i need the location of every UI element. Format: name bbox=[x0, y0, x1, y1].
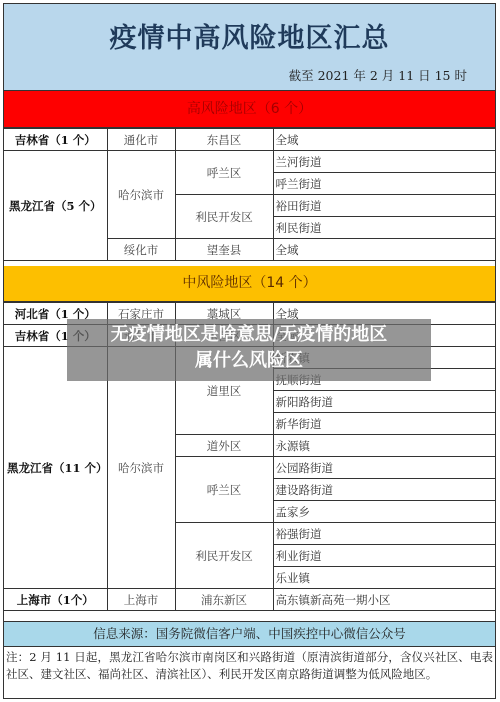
table-row: 黑龙江省（5 个） 哈尔滨市 呼兰区 兰河街道 bbox=[4, 151, 495, 173]
area-cell: 呼兰街道 bbox=[273, 173, 495, 195]
area-cell: 利民街道 bbox=[273, 217, 495, 239]
district-cell: 呼兰区 bbox=[175, 151, 273, 195]
province-cell: 黑龙江省（11 个） bbox=[4, 347, 107, 589]
medium-risk-header: 中风险地区（14 个） bbox=[4, 266, 495, 302]
province-cell: 黑龙江省（5 个） bbox=[4, 151, 107, 261]
area-cell: 建设路街道 bbox=[273, 479, 495, 501]
province-cell: 上海市（1个） bbox=[4, 589, 107, 611]
info-source: 信息来源：国务院微信客户端、中国疾控中心微信公众号 bbox=[4, 621, 495, 647]
high-risk-header: 高风险地区（6 个） bbox=[4, 91, 495, 128]
district-cell: 望奎县 bbox=[175, 239, 273, 261]
caption-line-1: 无疫情地区是啥意思/无疫情的地区 bbox=[67, 322, 431, 347]
district-cell: 东昌区 bbox=[175, 129, 273, 151]
area-cell: 全域 bbox=[273, 239, 495, 261]
title-header: 疫情中高风险地区汇总 截至 2021 年 2 月 11 日 15 时 bbox=[4, 4, 495, 91]
province-cell: 吉林省（1 个） bbox=[4, 129, 107, 151]
table-row: 上海市（1个） 上海市 浦东新区 高东镇新高苑一期小区 bbox=[4, 589, 495, 611]
area-cell: 高东镇新高苑一期小区 bbox=[273, 589, 495, 611]
city-cell: 上海市 bbox=[107, 589, 175, 611]
district-cell: 利民开发区 bbox=[175, 523, 273, 589]
page-title: 疫情中高风险地区汇总 bbox=[4, 16, 495, 55]
area-cell: 孟家乡 bbox=[273, 501, 495, 523]
as-of-timestamp: 截至 2021 年 2 月 11 日 15 时 bbox=[289, 66, 467, 84]
district-cell: 道外区 bbox=[175, 435, 273, 457]
city-cell: 哈尔滨市 bbox=[107, 347, 175, 589]
district-cell: 呼兰区 bbox=[175, 457, 273, 523]
high-risk-table: 吉林省（1 个） 通化市 东昌区 全域 黑龙江省（5 个） 哈尔滨市 呼兰区 兰… bbox=[4, 128, 495, 261]
city-cell: 哈尔滨市 bbox=[107, 151, 175, 239]
area-cell: 裕田街道 bbox=[273, 195, 495, 217]
caption-line-2: 属什么风险区 bbox=[67, 348, 431, 373]
area-cell: 新阳路街道 bbox=[273, 391, 495, 413]
area-cell: 新华街道 bbox=[273, 413, 495, 435]
district-cell: 利民开发区 bbox=[175, 195, 273, 239]
area-cell: 兰河街道 bbox=[273, 151, 495, 173]
area-cell: 利业街道 bbox=[273, 545, 495, 567]
district-cell: 浦东新区 bbox=[175, 589, 273, 611]
area-cell: 永源镇 bbox=[273, 435, 495, 457]
area-cell: 乐业镇 bbox=[273, 567, 495, 589]
area-cell: 裕强街道 bbox=[273, 523, 495, 545]
city-cell: 绥化市 bbox=[107, 239, 175, 261]
area-cell: 全域 bbox=[273, 129, 495, 151]
caption-overlay: 无疫情地区是啥意思/无疫情的地区 属什么风险区 bbox=[67, 319, 431, 381]
area-cell: 公园路街道 bbox=[273, 457, 495, 479]
table-row: 吉林省（1 个） 通化市 东昌区 全域 bbox=[4, 129, 495, 151]
footnote: 注：2 月 11 日起，黑龙江省哈尔滨市南岗区和兴路街道（原清滨街道部分，含仪兴… bbox=[6, 649, 493, 683]
city-cell: 通化市 bbox=[107, 129, 175, 151]
